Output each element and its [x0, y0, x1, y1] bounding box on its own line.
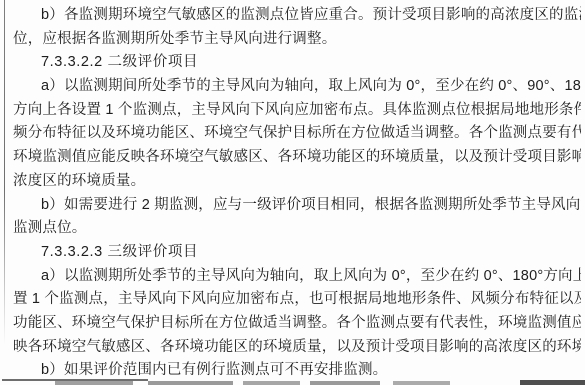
- paragraph-line: 映各环境空气敏感区、各环境功能区的环境质量，以及预计受项目影响的高浓度区的环境质…: [13, 336, 581, 360]
- page-left-border: [4, 0, 5, 345]
- scanned-document-page: b）各监测期环境空气敏感区的监测点位皆应重合。预计受项目影响的高浓度区的监测点 …: [0, 0, 585, 385]
- paragraph-line: b）如需要进行 2 期监测，应与一级评价项目相同，根据各监测期所处季节主导风向调…: [13, 194, 581, 218]
- paragraph-line: 监测点位。: [13, 217, 581, 241]
- paragraph-line: a）以监测期所处季节的主导风向为轴向，取上风向为 0°，至少在约 0°、180°…: [13, 265, 581, 289]
- scan-artifact-segment: [148, 381, 233, 385]
- paragraph-line: 环境监测值应能反映各环境空气敏感区、各环境功能区的环境质量，以及预计受项目影响的…: [13, 146, 581, 170]
- paragraph-line: 频分布特征以及环境功能区、环境空气保护目标所在方位做适当调整。各个监测点要有代表…: [13, 122, 581, 146]
- paragraph-line: a）以监测期间所处季节的主导风向为轴向，取上风向为 0°，至少在约 0°、90°…: [13, 75, 581, 99]
- paragraph-line: b）各监测期环境空气敏感区的监测点位皆应重合。预计受项目影响的高浓度区的监测点: [13, 4, 581, 28]
- paragraph-line: 浓度区的环境质量。: [13, 170, 581, 194]
- scan-artifact-segment: [243, 381, 300, 385]
- paragraph-line: 位，应根据各监测期所处季节主导风向进行调整。: [13, 28, 581, 52]
- section-heading: 7.3.3.2.2 二级评价项目: [13, 51, 581, 75]
- paragraph-line: 功能区、环境空气保护目标所在方位做适当调整。各个监测点要有代表性，环境监测值应能…: [13, 312, 581, 336]
- paragraph-line: 置 1 个监测点，主导风向下风向应加密布点，也可根据局地地形条件、风频分布特征以…: [13, 288, 581, 312]
- scan-artifact-segment: [520, 380, 585, 385]
- scan-artifact-segment: [310, 381, 380, 385]
- paragraph-line: 方向上各设置 1 个监测点，主导风向下风向应加密布点。具体监测点位根据局地地形条…: [13, 99, 581, 123]
- scan-artifact-row: [0, 378, 585, 385]
- section-heading: 7.3.3.2.3 三级评价项目: [13, 241, 581, 265]
- document-text: b）各监测期环境空气敏感区的监测点位皆应重合。预计受项目影响的高浓度区的监测点 …: [13, 4, 581, 383]
- scan-artifact-segment: [393, 381, 450, 385]
- scan-artifact-segment: [55, 381, 133, 385]
